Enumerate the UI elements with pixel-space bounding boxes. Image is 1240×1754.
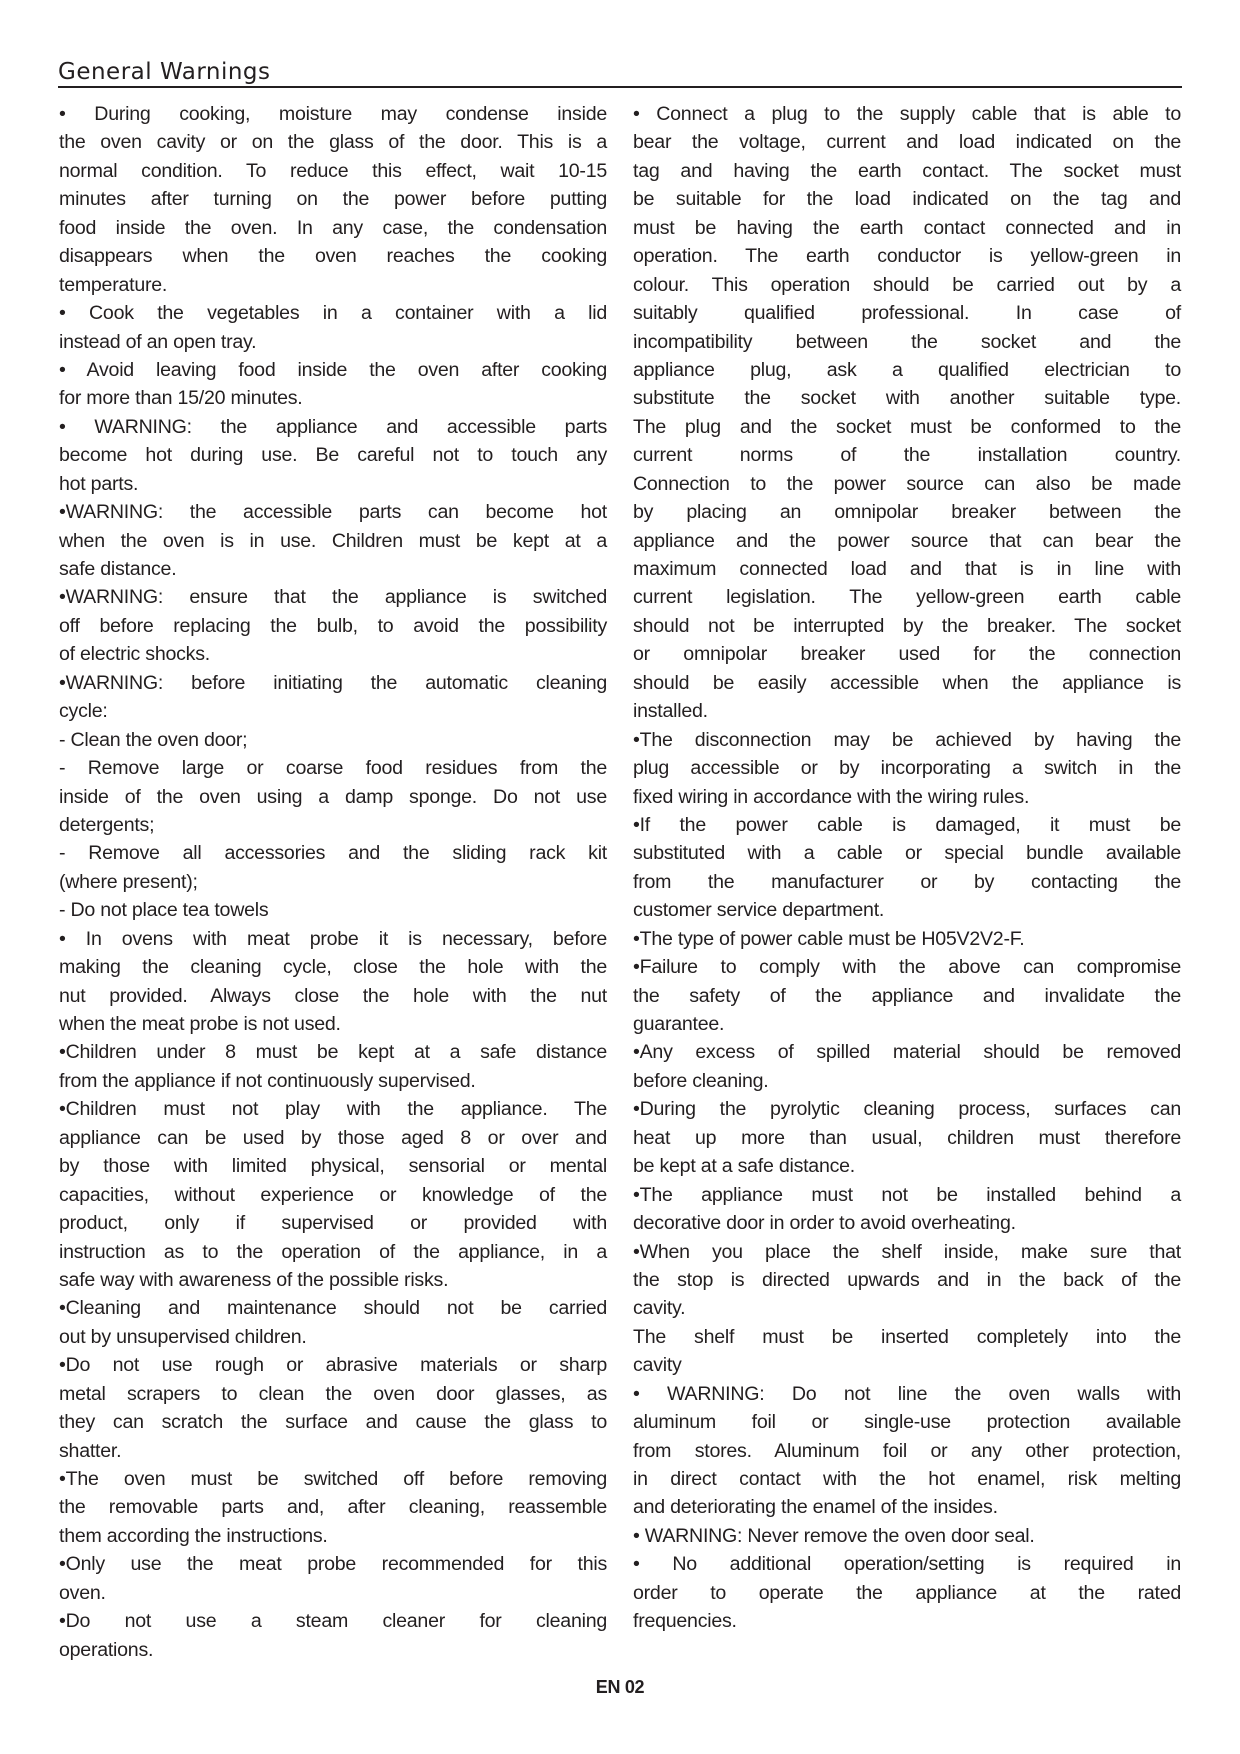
text-line: decorative door in order to avoid overhe… (633, 1209, 1181, 1237)
warning-paragraph: •Children under 8 must be kept at a safe… (59, 1038, 607, 1095)
text-line: when the meat probe is not used. (59, 1010, 607, 1038)
text-line: •Only use the meat probe recommended for… (59, 1550, 607, 1578)
warning-paragraph: •If the power cable is damaged, it must … (633, 811, 1181, 925)
text-line: - Remove large or coarse food residues f… (59, 754, 607, 782)
text-line: and deteriorating the enamel of the insi… (633, 1493, 1181, 1521)
warning-paragraph: •WARNING: ensure that the appliance is s… (59, 583, 607, 668)
warning-paragraph: • WARNING: Do not line the oven walls wi… (633, 1380, 1181, 1522)
text-line: shatter. (59, 1437, 607, 1465)
text-line: should not be interrupted by the breaker… (633, 612, 1181, 640)
text-line: disappears when the oven reaches the coo… (59, 242, 607, 270)
warning-paragraph: - Do not place tea towels (59, 896, 607, 924)
page-title: General Warnings (58, 59, 271, 85)
text-line: off before replacing the bulb, to avoid … (59, 612, 607, 640)
text-line: The shelf must be inserted completely in… (633, 1323, 1181, 1351)
text-line: detergents; (59, 811, 607, 839)
text-line: •Cleaning and maintenance should not be … (59, 1294, 607, 1322)
text-line: product, only if supervised or provided … (59, 1209, 607, 1237)
warning-paragraph: • Avoid leaving food inside the oven aft… (59, 356, 607, 413)
text-line: cavity. (633, 1294, 1181, 1322)
text-line: making the cleaning cycle, close the hol… (59, 953, 607, 981)
text-line: fixed wiring in accordance with the wiri… (633, 783, 1181, 811)
text-line: •WARNING: before initiating the automati… (59, 669, 607, 697)
text-line: The plug and the socket must be conforme… (633, 413, 1181, 441)
text-line: guarantee. (633, 1010, 1181, 1038)
text-line: •Do not use rough or abrasive materials … (59, 1351, 607, 1379)
text-line: minutes after turning on the power befor… (59, 185, 607, 213)
right-column: • Connect a plug to the supply cable tha… (633, 100, 1181, 1636)
warning-paragraph: •Children must not play with the applian… (59, 1095, 607, 1294)
text-line: •During the pyrolytic cleaning process, … (633, 1095, 1181, 1123)
text-line: plug accessible or by incorporating a sw… (633, 754, 1181, 782)
text-line: • In ovens with meat probe it is necessa… (59, 925, 607, 953)
warning-paragraph: •Only use the meat probe recommended for… (59, 1550, 607, 1607)
text-line: from the manufacturer or by contacting t… (633, 868, 1181, 896)
text-line: aluminum foil or single-use protection a… (633, 1408, 1181, 1436)
text-line: •The appliance must not be installed beh… (633, 1181, 1181, 1209)
text-line: metal scrapers to clean the oven door gl… (59, 1380, 607, 1408)
left-column: • During cooking, moisture may condense … (59, 100, 607, 1664)
text-line: normal condition. To reduce this effect,… (59, 157, 607, 185)
text-line: suitably qualified professional. In case… (633, 299, 1181, 327)
text-line: before cleaning. (633, 1067, 1181, 1095)
text-line: the oven cavity or on the glass of the d… (59, 128, 607, 156)
text-line: appliance plug, ask a qualified electric… (633, 356, 1181, 384)
warning-paragraph: - Remove large or coarse food residues f… (59, 754, 607, 839)
warning-paragraph: •The disconnection may be achieved by ha… (633, 726, 1181, 811)
warning-paragraph: •Do not use a steam cleaner for cleaning… (59, 1607, 607, 1664)
text-line: •Children must not play with the applian… (59, 1095, 607, 1123)
text-line: • Connect a plug to the supply cable tha… (633, 100, 1181, 128)
text-line: incompatibility between the socket and t… (633, 328, 1181, 356)
warning-paragraph: •Cleaning and maintenance should not be … (59, 1294, 607, 1351)
warning-paragraph: • WARNING: Never remove the oven door se… (633, 1522, 1181, 1550)
section-header: General Warnings (58, 52, 1182, 88)
text-line: capacities, without experience or knowle… (59, 1181, 607, 1209)
warning-paragraph: • Cook the vegetables in a container wit… (59, 299, 607, 356)
text-line: safe distance. (59, 555, 607, 583)
text-line: oven. (59, 1579, 607, 1607)
text-line: temperature. (59, 271, 607, 299)
text-line: operation. The earth conductor is yellow… (633, 242, 1181, 270)
text-line: they can scratch the surface and cause t… (59, 1408, 607, 1436)
warning-paragraph: - Remove all accessories and the sliding… (59, 839, 607, 896)
text-line: • WARNING: Do not line the oven walls wi… (633, 1380, 1181, 1408)
text-line: • No additional operation/setting is req… (633, 1550, 1181, 1578)
warning-paragraph: •Do not use rough or abrasive materials … (59, 1351, 607, 1465)
text-line: should be easily accessible when the app… (633, 669, 1181, 697)
text-line: •Any excess of spilled material should b… (633, 1038, 1181, 1066)
warning-paragraph: •WARNING: before initiating the automati… (59, 669, 607, 726)
text-line: cycle: (59, 697, 607, 725)
warning-paragraph: • Connect a plug to the supply cable tha… (633, 100, 1181, 726)
text-line: instruction as to the operation of the a… (59, 1238, 607, 1266)
warning-paragraph: • No additional operation/setting is req… (633, 1550, 1181, 1635)
text-line: • WARNING: the appliance and accessible … (59, 413, 607, 441)
text-line: hot parts. (59, 470, 607, 498)
text-line: substitute the socket with another suita… (633, 384, 1181, 412)
text-line: the safety of the appliance and invalida… (633, 982, 1181, 1010)
text-line: •When you place the shelf inside, make s… (633, 1238, 1181, 1266)
text-line: operations. (59, 1636, 607, 1664)
warning-paragraph: •When you place the shelf inside, make s… (633, 1238, 1181, 1323)
text-line: •The type of power cable must be H05V2V2… (633, 925, 1181, 953)
warning-paragraph: • WARNING: the appliance and accessible … (59, 413, 607, 498)
text-line: •Do not use a steam cleaner for cleaning (59, 1607, 607, 1635)
text-line: current legislation. The yellow-green ea… (633, 583, 1181, 611)
text-line: tag and having the earth contact. The so… (633, 157, 1181, 185)
text-line: (where present); (59, 868, 607, 896)
text-line: colour. This operation should be carried… (633, 271, 1181, 299)
warning-paragraph: •Any excess of spilled material should b… (633, 1038, 1181, 1095)
text-line: in direct contact with the hot enamel, r… (633, 1465, 1181, 1493)
warning-paragraph: •During the pyrolytic cleaning process, … (633, 1095, 1181, 1180)
text-line: appliance and the power source that can … (633, 527, 1181, 555)
warning-paragraph: •The oven must be switched off before re… (59, 1465, 607, 1550)
text-line: bear the voltage, current and load indic… (633, 128, 1181, 156)
text-line: cavity (633, 1351, 1181, 1379)
warning-paragraph: - Clean the oven door; (59, 726, 607, 754)
text-line: by placing an omnipolar breaker between … (633, 498, 1181, 526)
text-line: •The oven must be switched off before re… (59, 1465, 607, 1493)
text-line: current norms of the installation countr… (633, 441, 1181, 469)
warning-paragraph: • In ovens with meat probe it is necessa… (59, 925, 607, 1039)
text-line: nut provided. Always close the hole with… (59, 982, 607, 1010)
text-line: • Avoid leaving food inside the oven aft… (59, 356, 607, 384)
text-line: must be having the earth contact connect… (633, 214, 1181, 242)
text-line: •Failure to comply with the above can co… (633, 953, 1181, 981)
text-line: for more than 15/20 minutes. (59, 384, 607, 412)
text-line: of electric shocks. (59, 640, 607, 668)
text-line: • Cook the vegetables in a container wit… (59, 299, 607, 327)
text-line: substituted with a cable or special bund… (633, 839, 1181, 867)
text-line: from the appliance if not continuously s… (59, 1067, 607, 1095)
text-line: • WARNING: Never remove the oven door se… (633, 1522, 1181, 1550)
text-line: •WARNING: the accessible parts can becom… (59, 498, 607, 526)
text-line: frequencies. (633, 1607, 1181, 1635)
text-line: by those with limited physical, sensoria… (59, 1152, 607, 1180)
warning-paragraph: •The appliance must not be installed beh… (633, 1181, 1181, 1238)
text-line: become hot during use. Be careful not to… (59, 441, 607, 469)
text-line: maximum connected load and that is in li… (633, 555, 1181, 583)
text-line: - Do not place tea towels (59, 896, 607, 924)
text-line: - Clean the oven door; (59, 726, 607, 754)
text-line: from stores. Aluminum foil or any other … (633, 1437, 1181, 1465)
text-line: heat up more than usual, children must t… (633, 1124, 1181, 1152)
text-line: • During cooking, moisture may condense … (59, 100, 607, 128)
text-line: instead of an open tray. (59, 328, 607, 356)
warning-paragraph: The shelf must be inserted completely in… (633, 1323, 1181, 1380)
text-line: or omnipolar breaker used for the connec… (633, 640, 1181, 668)
text-line: Connection to the power source can also … (633, 470, 1181, 498)
text-line: safe way with awareness of the possible … (59, 1266, 607, 1294)
text-line: inside of the oven using a damp sponge. … (59, 783, 607, 811)
text-line: when the oven is in use. Children must b… (59, 527, 607, 555)
text-line: be suitable for the load indicated on th… (633, 185, 1181, 213)
text-line: - Remove all accessories and the sliding… (59, 839, 607, 867)
text-line: out by unsupervised children. (59, 1323, 607, 1351)
page-number: EN 02 (0, 1677, 1240, 1698)
warning-paragraph: • During cooking, moisture may condense … (59, 100, 607, 299)
text-line: the removable parts and, after cleaning,… (59, 1493, 607, 1521)
text-line: appliance can be used by those aged 8 or… (59, 1124, 607, 1152)
text-line: be kept at a safe distance. (633, 1152, 1181, 1180)
text-line: the stop is directed upwards and in the … (633, 1266, 1181, 1294)
text-line: food inside the oven. In any case, the c… (59, 214, 607, 242)
text-line: •WARNING: ensure that the appliance is s… (59, 583, 607, 611)
text-line: •If the power cable is damaged, it must … (633, 811, 1181, 839)
text-line: •Children under 8 must be kept at a safe… (59, 1038, 607, 1066)
warning-paragraph: •The type of power cable must be H05V2V2… (633, 925, 1181, 953)
text-line: customer service department. (633, 896, 1181, 924)
warning-paragraph: •Failure to comply with the above can co… (633, 953, 1181, 1038)
text-line: installed. (633, 697, 1181, 725)
text-line: order to operate the appliance at the ra… (633, 1579, 1181, 1607)
text-line: them according the instructions. (59, 1522, 607, 1550)
text-line: •The disconnection may be achieved by ha… (633, 726, 1181, 754)
warning-paragraph: •WARNING: the accessible parts can becom… (59, 498, 607, 583)
